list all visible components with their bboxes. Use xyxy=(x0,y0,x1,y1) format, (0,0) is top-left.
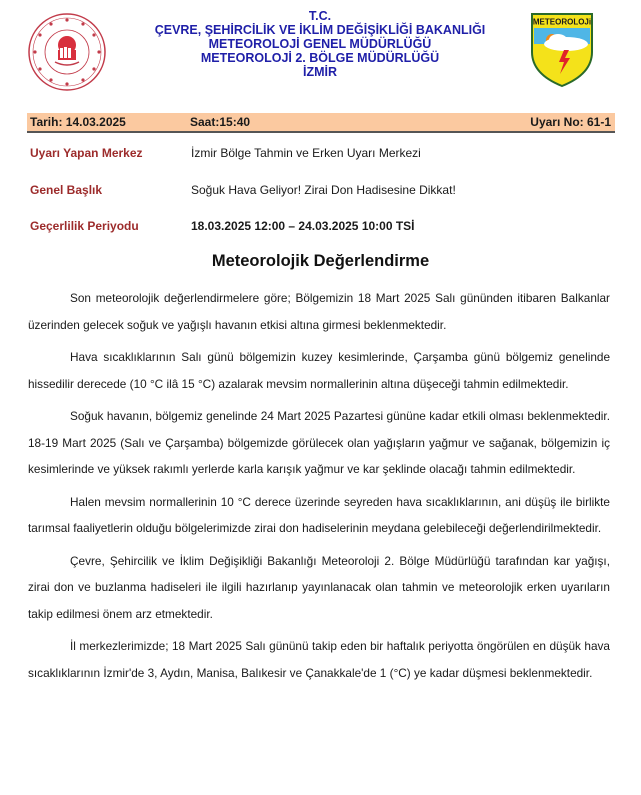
header-line: METEOROLOJİ 2. BÖLGE MÜDÜRLÜĞÜ xyxy=(120,51,520,65)
paragraph: İl merkezlerimizde; 18 Mart 2025 Salı gü… xyxy=(28,633,610,686)
ministry-seal-icon xyxy=(27,12,107,92)
paragraph: Hava sıcaklıklarının Salı günü bölgemizi… xyxy=(28,344,610,397)
paragraph: Soğuk havanın, bölgemiz genelinde 24 Mar… xyxy=(28,403,610,483)
paragraph: Son meteorolojik değerlendirmelere göre;… xyxy=(28,285,610,338)
info-label: Geçerlilik Periyodu xyxy=(30,219,139,233)
meteoroloji-shield-icon: METEOROLOJi xyxy=(530,12,594,88)
info-value: İzmir Bölge Tahmin ve Erken Uyarı Merkez… xyxy=(191,146,421,160)
svg-text:METEOROLOJi: METEOROLOJi xyxy=(533,18,591,27)
header-line: METEOROLOJİ GENEL MÜDÜRLÜĞÜ xyxy=(120,37,520,51)
section-title: Meteorolojik Değerlendirme xyxy=(0,252,641,271)
warning-number: Uyarı No: 61-1 xyxy=(530,113,611,131)
issue-time: Saat:15:40 xyxy=(190,113,250,131)
header-line: İZMİR xyxy=(120,65,520,79)
info-value: 18.03.2025 12:00 – 24.03.2025 10:00 TSİ xyxy=(191,219,415,233)
warning-meta-bar: Tarih: 14.03.2025 Saat:15:40 Uyarı No: 6… xyxy=(27,113,615,133)
assessment-body: Son meteorolojik değerlendirmelere göre;… xyxy=(28,285,610,692)
info-value: Soğuk Hava Geliyor! Zirai Don Hadisesine… xyxy=(191,183,456,197)
document-header: T.C. ÇEVRE, ŞEHİRCİLİK VE İKLİM DEĞİŞİKL… xyxy=(0,0,641,100)
header-line: T.C. xyxy=(120,9,520,23)
institution-header: T.C. ÇEVRE, ŞEHİRCİLİK VE İKLİM DEĞİŞİKL… xyxy=(120,9,520,79)
header-line: ÇEVRE, ŞEHİRCİLİK VE İKLİM DEĞİŞİKLİĞİ B… xyxy=(120,23,520,37)
info-label: Uyarı Yapan Merkez xyxy=(30,146,143,160)
paragraph: Halen mevsim normallerinin 10 °C derece … xyxy=(28,489,610,542)
info-label: Genel Başlık xyxy=(30,183,102,197)
paragraph: Çevre, Şehircilik ve İklim Değişikliği B… xyxy=(28,548,610,628)
issue-date: Tarih: 14.03.2025 xyxy=(30,113,126,131)
